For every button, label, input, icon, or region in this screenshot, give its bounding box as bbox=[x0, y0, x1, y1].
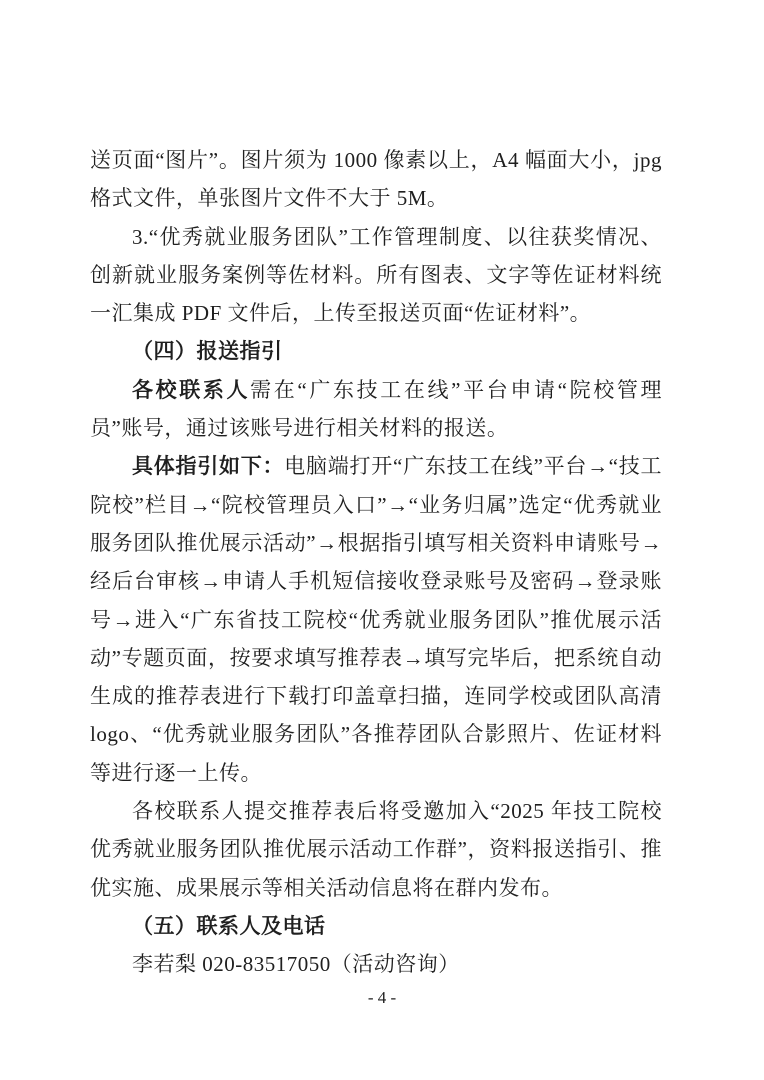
paragraph: 3.“优秀就业服务团队”工作管理制度、以往获奖情况、创新就业服务案例等佐材料。所… bbox=[90, 218, 662, 333]
paragraph: 李若梨 020-83517050（活动咨询） bbox=[90, 945, 662, 983]
text-run: 送页面“图片”。图片须为 1000 像素以上，A4 幅面大小，jpg 格式文件，… bbox=[90, 148, 662, 210]
text-run: 电脑端打开“广东技工在线”平台→“技工院校”栏目→“院校管理员入口”→“业务归属… bbox=[90, 454, 662, 784]
page-number: - 4 - bbox=[368, 988, 396, 1007]
bold-text-run: （五）联系人及电话 bbox=[132, 914, 326, 938]
paragraph: 各校联系人提交推荐表后将受邀加入“2025 年技工院校优秀就业服务团队推优展示活… bbox=[90, 792, 662, 907]
paragraph: 各校联系人需在“广东技工在线”平台申请“院校管理员”账号，通过该账号进行相关材料… bbox=[90, 371, 662, 448]
section-heading: （五）联系人及电话 bbox=[90, 907, 662, 945]
document-page: 送页面“图片”。图片须为 1000 像素以上，A4 幅面大小，jpg 格式文件，… bbox=[0, 0, 764, 1080]
paragraph: 具体指引如下：电脑端打开“广东技工在线”平台→“技工院校”栏目→“院校管理员入口… bbox=[90, 447, 662, 792]
bold-text-run: （四）报送指引 bbox=[132, 339, 283, 363]
paragraph: 送页面“图片”。图片须为 1000 像素以上，A4 幅面大小，jpg 格式文件，… bbox=[90, 141, 662, 218]
text-run: 李若梨 020-83517050（活动咨询） bbox=[132, 952, 460, 976]
document-body: 送页面“图片”。图片须为 1000 像素以上，A4 幅面大小，jpg 格式文件，… bbox=[90, 141, 662, 984]
bold-text-run: 各校联系人 bbox=[132, 378, 250, 402]
text-run: 3.“优秀就业服务团队”工作管理制度、以往获奖情况、创新就业服务案例等佐材料。所… bbox=[90, 225, 662, 326]
page-footer: - 4 - bbox=[0, 988, 764, 1008]
bold-text-run: 具体指引如下： bbox=[132, 454, 284, 478]
section-heading: （四）报送指引 bbox=[90, 332, 662, 370]
text-run: 各校联系人提交推荐表后将受邀加入“2025 年技工院校优秀就业服务团队推优展示活… bbox=[90, 799, 662, 900]
